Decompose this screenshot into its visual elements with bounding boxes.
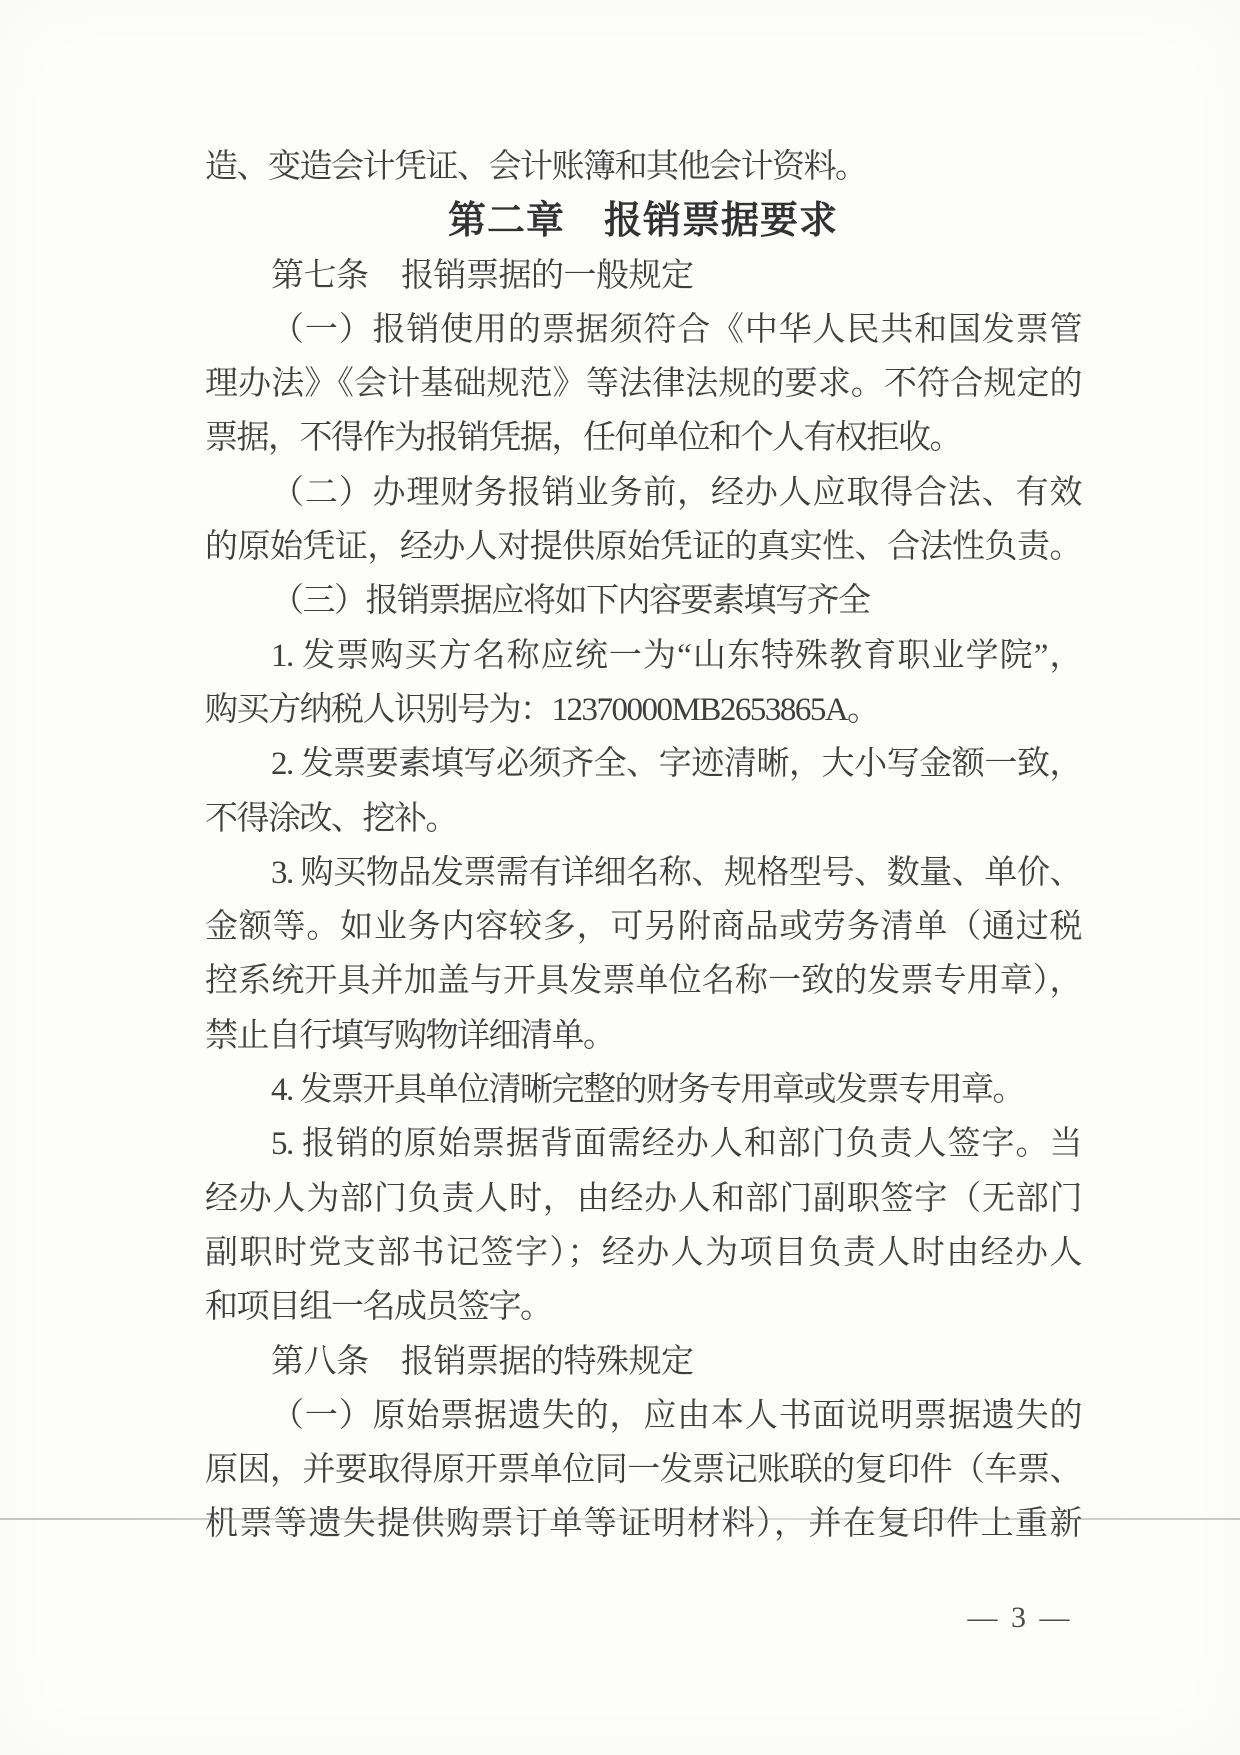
document-page: 造、变造会计凭证、会计账簿和其他会计资料。 第二章 报销票据要求 第七条 报销票… [0,0,1240,1755]
text-line: 2. 发票要素填写必须齐全、字迹清晰，大小写金额一致， [205,737,1081,791]
chapter-heading: 第二章 报销票据要求 [205,194,1081,248]
text-line: （一）报销使用的票据须符合《中华人民共和国发票管 [205,303,1081,357]
article-heading: 第七条 报销票据的一般规定 [205,249,1081,303]
text-line: 1. 发票购买方名称应统一为“山东特殊教育职业学院”， [205,629,1081,683]
text-line: 票据，不得作为报销凭据，任何单位和个人有权拒收。 [205,411,1081,465]
text-line: 4. 发票开具单位清晰完整的财务专用章或发票专用章。 [205,1063,1081,1117]
text-line: 机票等遗失提供购票订单等证明材料），并在复印件上重新 [205,1497,1081,1551]
page-number: — 3 — [940,1596,1100,1640]
text-line: 禁止自行填写购物详细清单。 [205,1009,1081,1063]
text-line: 金额等。如业务内容较多，可另附商品或劳务清单（通过税 [205,900,1081,954]
text-line: 经办人为部门负责人时，由经办人和部门副职签字（无部门 [205,1172,1081,1226]
article-heading: 第八条 报销票据的特殊规定 [205,1335,1081,1389]
text-line: （一）原始票据遗失的，应由本人书面说明票据遗失的 [205,1389,1081,1443]
text-line: 5. 报销的原始票据背面需经办人和部门负责人签字。当 [205,1117,1081,1171]
text-line: 副职时党支部书记签字）；经办人为项目负责人时由经办人 [205,1226,1081,1280]
text-line: 原因，并要取得原开票单位同一发票记账联的复印件（车票、 [205,1443,1081,1497]
document-body: 造、变造会计凭证、会计账簿和其他会计资料。 第二章 报销票据要求 第七条 报销票… [205,140,1081,1552]
text-line: 控系统开具并加盖与开具发票单位名称一致的发票专用章）， [205,954,1081,1008]
text-line: （三）报销票据应将如下内容要素填写齐全 [205,574,1081,628]
text-line: 和项目组一名成员签字。 [205,1280,1081,1334]
text-line: 购买方纳税人识别号为：12370000MB2653865A。 [205,683,1081,737]
text-line: 不得涂改、挖补。 [205,792,1081,846]
text-line: 3. 购买物品发票需有详细名称、规格型号、数量、单价、 [205,846,1081,900]
text-line: 理办法》《会计基础规范》等法律法规的要求。不符合规定的 [205,357,1081,411]
text-line: （二）办理财务报销业务前，经办人应取得合法、有效 [205,466,1081,520]
text-line: 造、变造会计凭证、会计账簿和其他会计资料。 [205,140,1081,194]
text-line: 的原始凭证，经办人对提供原始凭证的真实性、合法性负责。 [205,520,1081,574]
